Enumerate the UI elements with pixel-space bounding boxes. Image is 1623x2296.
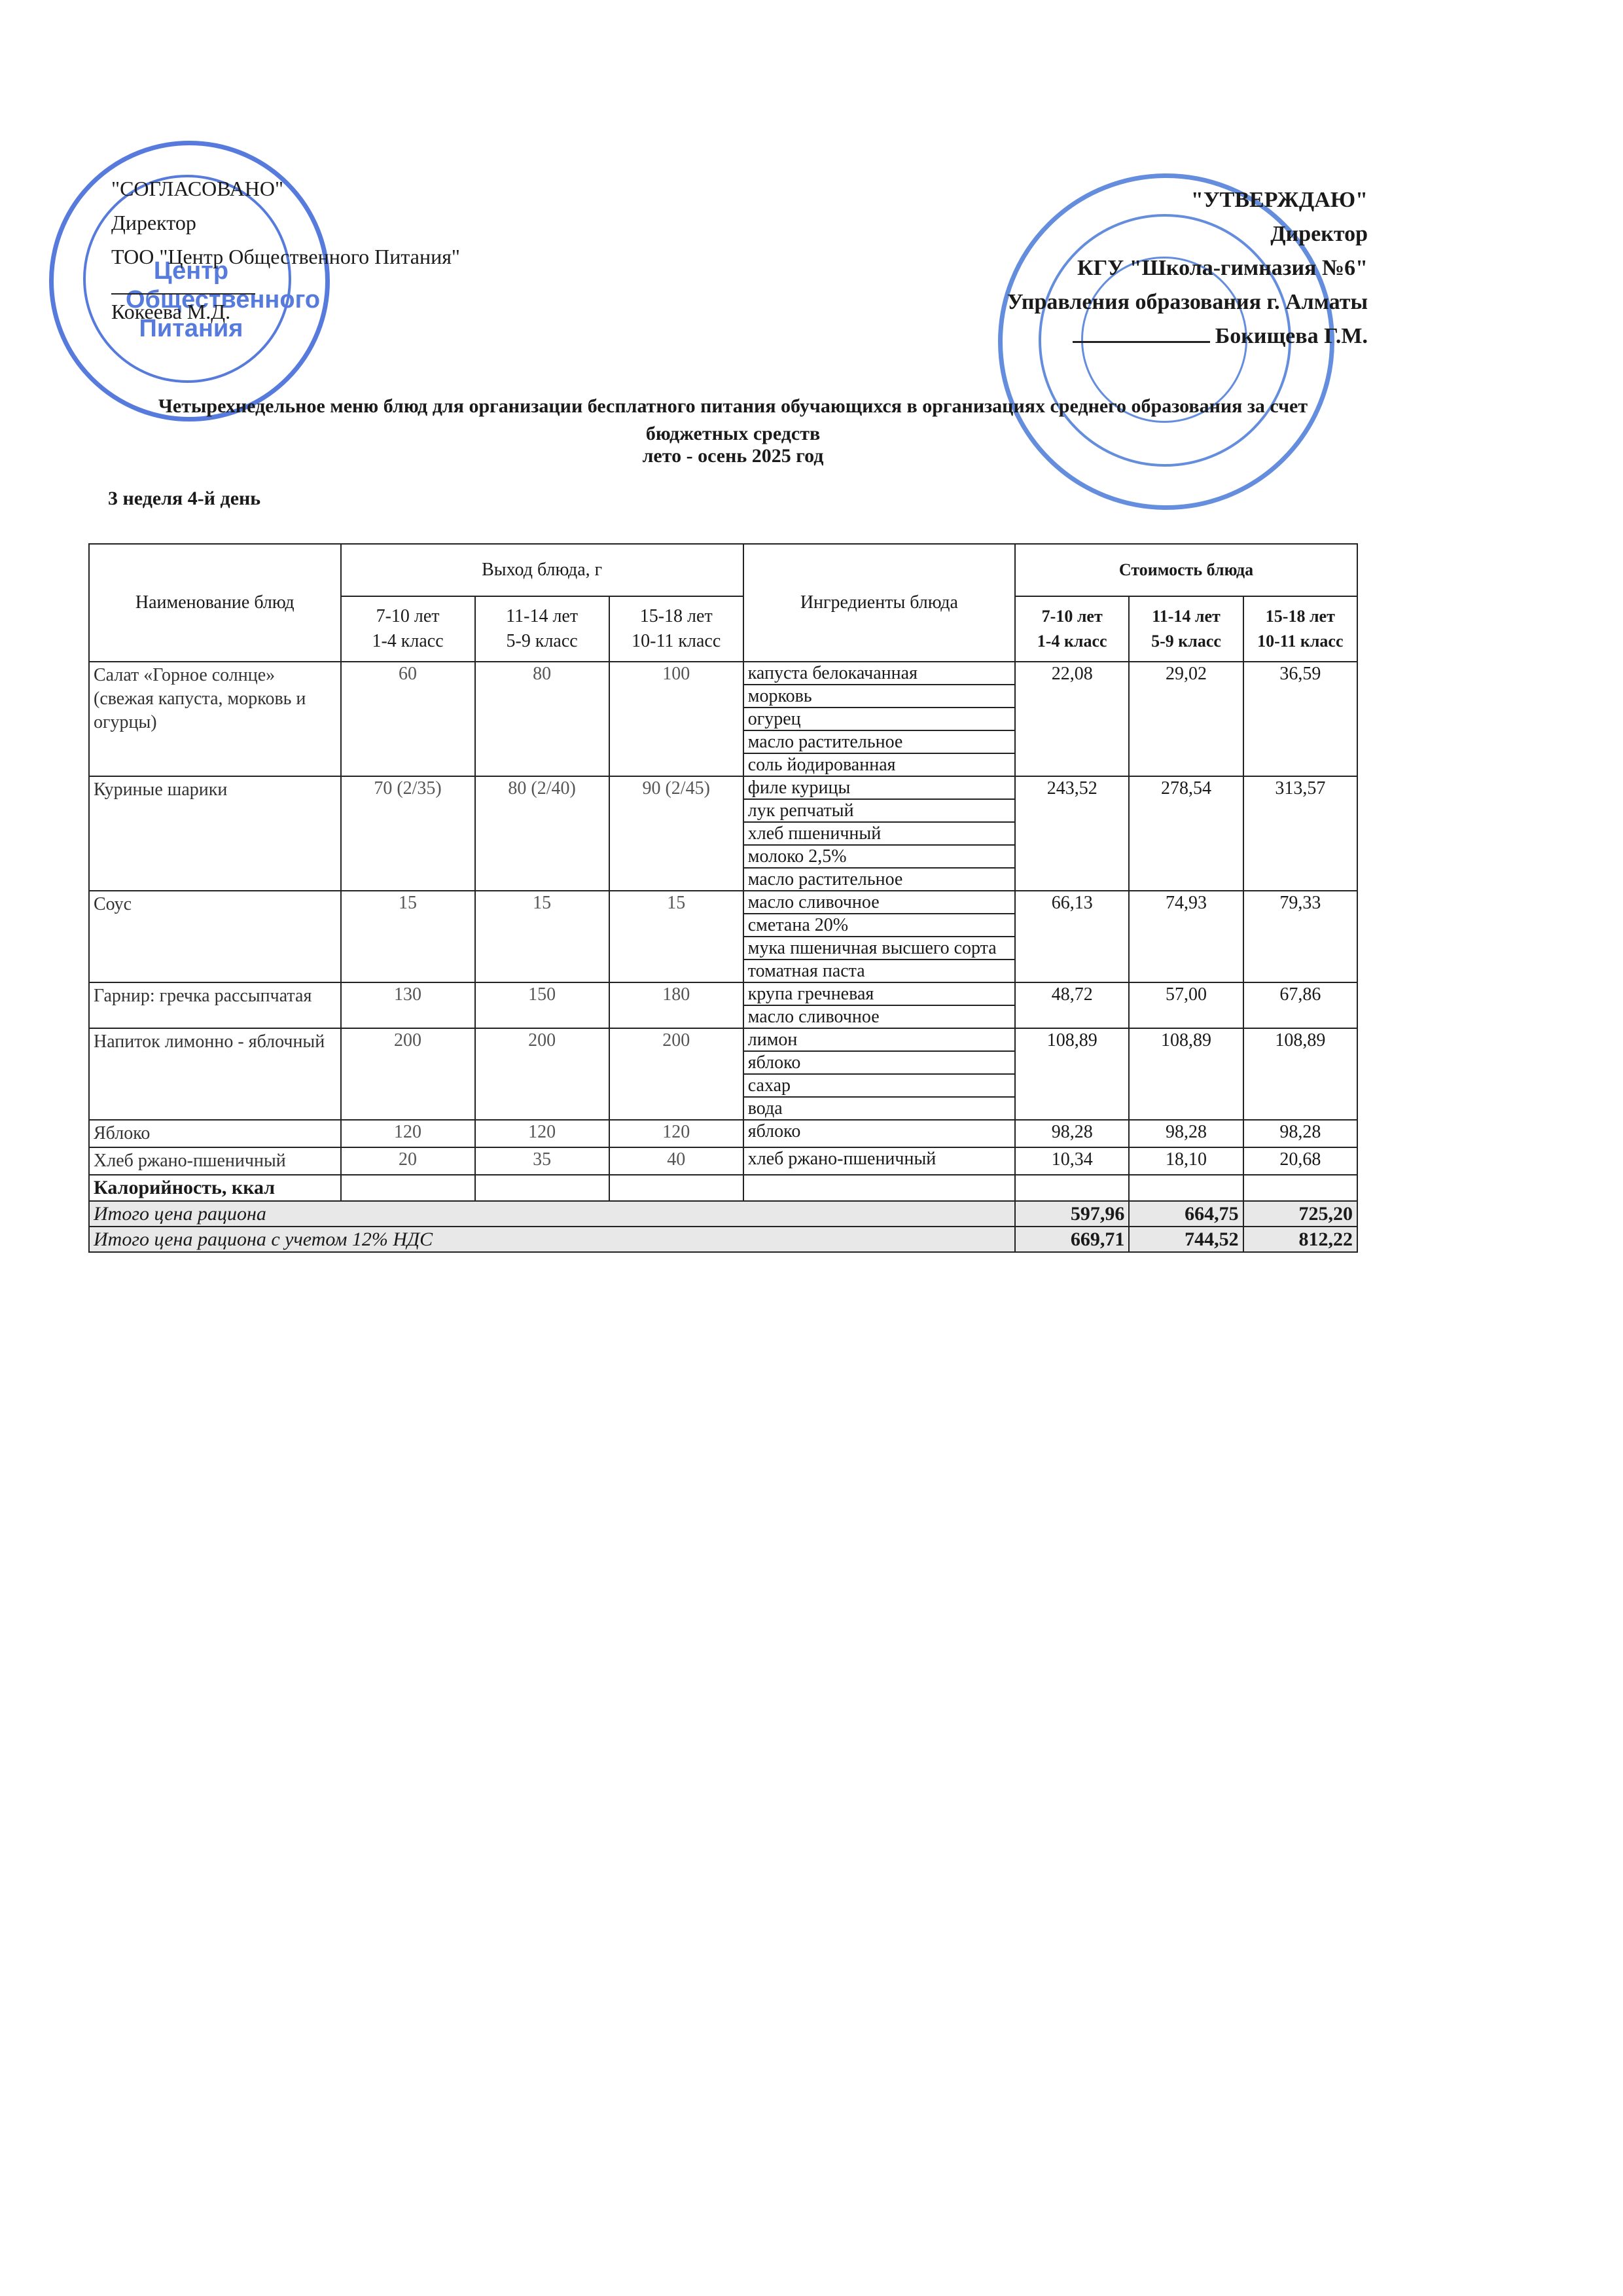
ingredient: молоко 2,5% bbox=[743, 845, 1015, 868]
dish-yield: 60 bbox=[341, 662, 475, 776]
approved-organization: КГУ "Школа-гимназия №6" bbox=[1007, 251, 1368, 285]
calories-row: Калорийность, ккал bbox=[89, 1175, 1357, 1201]
ingredient: масло сливочное bbox=[743, 891, 1015, 914]
dish-cost: 98,28 bbox=[1243, 1120, 1357, 1147]
dish-cost: 79,33 bbox=[1243, 891, 1357, 982]
dish-yield: 15 bbox=[609, 891, 743, 982]
total-row: Итого цена рациона597,96664,75725,20 bbox=[89, 1201, 1357, 1227]
dish-yield: 120 bbox=[341, 1120, 475, 1147]
dish-cost: 29,02 bbox=[1129, 662, 1243, 776]
dish-name: Хлеб ржано-пшеничный bbox=[89, 1147, 341, 1175]
yield-header-age-group: 7-10 лет1-4 класс bbox=[341, 596, 475, 662]
dish-name: Яблоко bbox=[89, 1120, 341, 1147]
dish-yield: 70 (2/35) bbox=[341, 776, 475, 891]
dish-yield: 15 bbox=[341, 891, 475, 982]
table-row: Соус151515масло сливочное66,1374,9379,33 bbox=[89, 891, 1357, 914]
cost-header-age-group: 7-10 лет1-4 класс bbox=[1015, 596, 1129, 662]
dish-cost: 48,72 bbox=[1015, 982, 1129, 1028]
dish-cost: 18,10 bbox=[1129, 1147, 1243, 1175]
ingredient: мука пшеничная высшего сорта bbox=[743, 937, 1015, 960]
document-season: лето - осень 2025 год bbox=[111, 445, 1355, 467]
dish-cost: 108,89 bbox=[1129, 1028, 1243, 1120]
header-ingredients: Ингредиенты блюда bbox=[743, 544, 1015, 662]
ingredient: огурец bbox=[743, 708, 1015, 730]
total-value: 597,96 bbox=[1015, 1201, 1129, 1227]
ingredient: филе курицы bbox=[743, 776, 1015, 799]
yield-header-age-group: 15-18 лет10-11 класс bbox=[609, 596, 743, 662]
dish-yield: 120 bbox=[609, 1120, 743, 1147]
dish-yield: 200 bbox=[341, 1028, 475, 1120]
ingredient: сметана 20% bbox=[743, 914, 1015, 937]
dish-yield: 20 bbox=[341, 1147, 475, 1175]
age-range: 11-14 лет bbox=[480, 604, 605, 629]
ingredient: масло растительное bbox=[743, 730, 1015, 753]
dish-cost: 313,57 bbox=[1243, 776, 1357, 891]
dish-cost: 22,08 bbox=[1015, 662, 1129, 776]
total-value: 664,75 bbox=[1129, 1201, 1243, 1227]
ingredient: яблоко bbox=[743, 1051, 1015, 1074]
menu-day-label: 3 неделя 4-й день bbox=[108, 488, 260, 510]
age-range: 7-10 лет bbox=[346, 604, 471, 629]
dish-cost: 74,93 bbox=[1129, 891, 1243, 982]
dish-name: Салат «Горное солнце» (свежая капуста, м… bbox=[89, 662, 341, 776]
document-title: Четырехнедельное меню блюд для организац… bbox=[111, 393, 1355, 448]
total-value: 725,20 bbox=[1243, 1201, 1357, 1227]
ingredient: морковь bbox=[743, 685, 1015, 708]
dish-yield: 130 bbox=[341, 982, 475, 1028]
dish-cost: 67,86 bbox=[1243, 982, 1357, 1028]
dish-name: Соус bbox=[89, 891, 341, 982]
age-range: 7-10 лет bbox=[1020, 604, 1124, 629]
dish-cost: 10,34 bbox=[1015, 1147, 1129, 1175]
ingredient: вода bbox=[743, 1097, 1015, 1120]
approval-block-agreed: "СОГЛАСОВАНО" Директор ТОО "Центр Общест… bbox=[111, 171, 460, 329]
dish-cost: 108,89 bbox=[1015, 1028, 1129, 1120]
dish-yield: 80 bbox=[475, 662, 609, 776]
cost-header-age-group: 15-18 лет10-11 класс bbox=[1243, 596, 1357, 662]
grade-range: 10-11 класс bbox=[1248, 629, 1353, 654]
total-label: Итого цена рациона bbox=[89, 1201, 1015, 1227]
age-range: 11-14 лет bbox=[1133, 604, 1238, 629]
approved-signatory: Бокищева Г.М. bbox=[1215, 324, 1368, 348]
total-value: 812,22 bbox=[1243, 1227, 1357, 1252]
agreed-organization: ТОО "Центр Общественного Питания" bbox=[111, 240, 460, 274]
calories-cell bbox=[743, 1175, 1015, 1201]
ingredient: крупа гречневая bbox=[743, 982, 1015, 1005]
dish-yield: 120 bbox=[475, 1120, 609, 1147]
table-row: Яблоко120120120яблоко98,2898,2898,28 bbox=[89, 1120, 1357, 1147]
ingredient: лук репчатый bbox=[743, 799, 1015, 822]
header-cost: Стоимость блюда bbox=[1015, 544, 1357, 596]
yield-header-age-group: 11-14 лет5-9 класс bbox=[475, 596, 609, 662]
dish-cost: 57,00 bbox=[1129, 982, 1243, 1028]
agreed-heading: "СОГЛАСОВАНО" bbox=[111, 171, 460, 206]
dish-cost: 66,13 bbox=[1015, 891, 1129, 982]
cost-header-age-group: 11-14 лет5-9 класс bbox=[1129, 596, 1243, 662]
calories-cell bbox=[1015, 1175, 1129, 1201]
grade-range: 10-11 класс bbox=[614, 629, 739, 654]
dish-cost: 98,28 bbox=[1015, 1120, 1129, 1147]
ingredient: хлеб ржано-пшеничный bbox=[743, 1147, 1015, 1175]
dish-cost: 20,68 bbox=[1243, 1147, 1357, 1175]
ingredient: хлеб пшеничный bbox=[743, 822, 1015, 845]
calories-label: Калорийность, ккал bbox=[89, 1175, 341, 1201]
dish-yield: 40 bbox=[609, 1147, 743, 1175]
header-dish-name: Наименование блюд bbox=[89, 544, 341, 662]
table-row: Салат «Горное солнце» (свежая капуста, м… bbox=[89, 662, 1357, 685]
grade-range: 1-4 класс bbox=[346, 629, 471, 654]
dish-yield: 90 (2/45) bbox=[609, 776, 743, 891]
ingredient: капуста белокачанная bbox=[743, 662, 1015, 685]
total-row: Итого цена рациона с учетом 12% НДС669,7… bbox=[89, 1227, 1357, 1252]
calories-cell bbox=[1243, 1175, 1357, 1201]
grade-range: 1-4 класс bbox=[1020, 629, 1124, 654]
dish-yield: 200 bbox=[609, 1028, 743, 1120]
approved-heading: "УТВЕРЖДАЮ" bbox=[1007, 183, 1368, 217]
header-yield: Выход блюда, г bbox=[341, 544, 743, 596]
ingredient: лимон bbox=[743, 1028, 1015, 1051]
dish-name: Гарнир: гречка рассыпчатая bbox=[89, 982, 341, 1028]
dish-cost: 108,89 bbox=[1243, 1028, 1357, 1120]
ingredient: масло растительное bbox=[743, 868, 1015, 891]
age-range: 15-18 лет bbox=[614, 604, 739, 629]
dish-name: Куриные шарики bbox=[89, 776, 341, 891]
dish-cost: 243,52 bbox=[1015, 776, 1129, 891]
dish-yield: 180 bbox=[609, 982, 743, 1028]
calories-cell bbox=[341, 1175, 475, 1201]
table-row: Напиток лимонно - яблочный200200200лимон… bbox=[89, 1028, 1357, 1051]
approval-block-approved: "УТВЕРЖДАЮ" Директор КГУ "Школа-гимназия… bbox=[1007, 183, 1368, 353]
agreed-signatory: Кокеева М.Д. bbox=[111, 295, 460, 329]
total-value: 669,71 bbox=[1015, 1227, 1129, 1252]
calories-cell bbox=[1129, 1175, 1243, 1201]
agreed-position: Директор bbox=[111, 206, 460, 240]
ingredient: яблоко bbox=[743, 1120, 1015, 1147]
dish-yield: 35 bbox=[475, 1147, 609, 1175]
total-label: Итого цена рациона с учетом 12% НДС bbox=[89, 1227, 1015, 1252]
approved-position: Директор bbox=[1007, 217, 1368, 251]
table-row: Гарнир: гречка рассыпчатая130150180крупа… bbox=[89, 982, 1357, 1005]
signature-line bbox=[111, 274, 255, 295]
dish-yield: 150 bbox=[475, 982, 609, 1028]
approved-department: Управления образования г. Алматы bbox=[1007, 285, 1368, 319]
menu-table: Наименование блюд Выход блюда, г Ингреди… bbox=[88, 543, 1358, 1253]
ingredient: сахар bbox=[743, 1074, 1015, 1097]
dish-yield: 200 bbox=[475, 1028, 609, 1120]
dish-yield: 15 bbox=[475, 891, 609, 982]
ingredient: томатная паста bbox=[743, 960, 1015, 982]
dish-name: Напиток лимонно - яблочный bbox=[89, 1028, 341, 1120]
table-row: Хлеб ржано-пшеничный203540хлеб ржано-пше… bbox=[89, 1147, 1357, 1175]
dish-cost: 278,54 bbox=[1129, 776, 1243, 891]
ingredient: соль йодированная bbox=[743, 753, 1015, 776]
grade-range: 5-9 класс bbox=[1133, 629, 1238, 654]
calories-cell bbox=[475, 1175, 609, 1201]
dish-yield: 100 bbox=[609, 662, 743, 776]
grade-range: 5-9 класс bbox=[480, 629, 605, 654]
ingredient: масло сливочное bbox=[743, 1005, 1015, 1028]
table-row: Куриные шарики70 (2/35)80 (2/40)90 (2/45… bbox=[89, 776, 1357, 799]
dish-cost: 98,28 bbox=[1129, 1120, 1243, 1147]
signature-line bbox=[1073, 341, 1210, 343]
total-value: 744,52 bbox=[1129, 1227, 1243, 1252]
dish-cost: 36,59 bbox=[1243, 662, 1357, 776]
calories-cell bbox=[609, 1175, 743, 1201]
age-range: 15-18 лет bbox=[1248, 604, 1353, 629]
dish-yield: 80 (2/40) bbox=[475, 776, 609, 891]
